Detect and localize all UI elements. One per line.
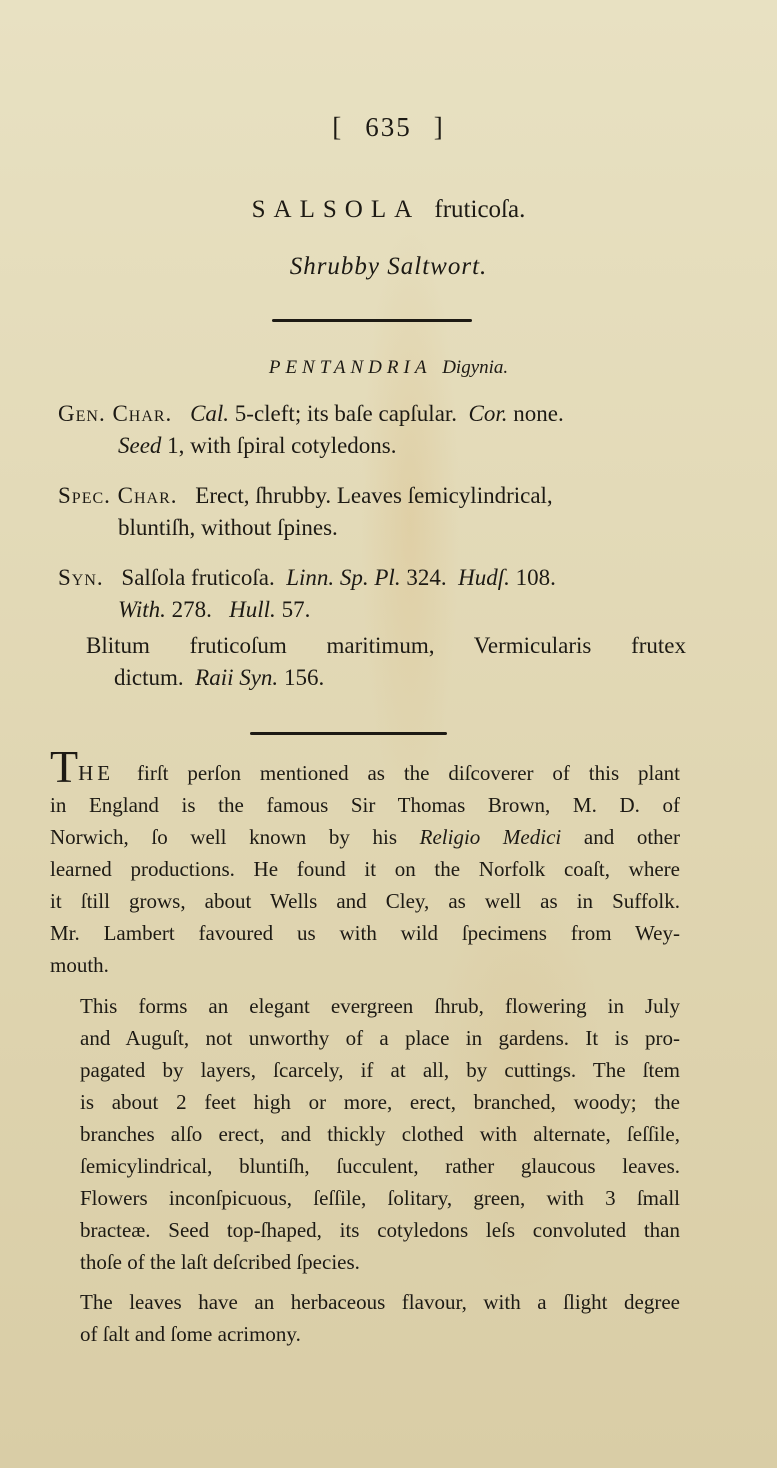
synonymy: Syn. Salſola fruticoſa. Linn. Sp. Pl. 32… [58,562,688,626]
bracket-close: ] [434,112,445,142]
ref-author: Hudſ. [458,565,510,590]
bracket-open: [ [332,112,343,142]
cal-text: 5-cleft; its baſe capſular. [235,401,457,426]
class-name: PENTANDRIA [269,357,432,378]
ref-number: 156. [284,665,324,690]
divider-rule [272,319,472,322]
drop-cap: T [50,741,78,792]
order-name: Digynia. [442,357,508,378]
synonym-entry: Blitum fruticoſum maritimum, Vermiculari… [86,630,686,694]
specific-character: Spec. Char. Erect, ſhrubby. Leaves ſemic… [58,480,688,544]
text-line: Flowers inconſpicuous, ſeſſile, ſolitary… [50,1182,680,1214]
text-span: and other [561,825,680,849]
text-line: thoſe of the laſt deſcribed ſpecies. [50,1246,680,1278]
spec-char-label: Spec. Char. [58,483,178,508]
ref-number: 57. [282,597,311,622]
linnaean-classification: PENTANDRIA Digynia. [0,357,777,379]
text-line: is about 2 feet high or more, erect, bra… [50,1086,680,1118]
text-line: in England is the famous Sir Thomas Brow… [50,789,680,821]
text-line: The leaves have an herbaceous flavour, w… [50,1286,680,1318]
species-epithet: fruticoſa. [434,196,525,223]
gen-char-label: Gen. Char. [58,401,172,426]
common-name: Shrubby Saltwort. [0,253,777,281]
seed-label: Seed [118,433,161,458]
ref-author: Linn. Sp. Pl. [286,565,400,590]
book-page: [635] SALSOLA fruticoſa. Shrubby Saltwor… [0,0,777,1468]
ref-author: Hull. [229,597,276,622]
cal-label: Cal. [190,401,229,426]
synonym-line-2: dictum. Raii Syn. 156. [86,665,324,690]
text-line: bracteæ. Seed top-ſhaped, its cotyledons… [50,1214,680,1246]
ref-number: 278. [172,597,212,622]
text-line: of ſalt and ſome acrimony. [50,1318,680,1350]
generic-character: Gen. Char. Cal. 5-cleft; its baſe capſul… [58,398,688,462]
seed-text: 1, with ſpiral cotyledons. [167,433,396,458]
paragraph-1: THE firſt perſon mentioned as the diſcov… [50,752,680,981]
synonym-text: dictum. [114,665,184,690]
text-line: branches alſo erect, and thickly clothed… [50,1118,680,1150]
page-number: [635] [0,112,777,143]
small-caps-lead: HE [78,761,114,785]
cor-text: none. [513,401,563,426]
paragraph-3: The leaves have an herbaceous flavour, w… [50,1286,680,1350]
spec-char-line-2: bluntiſh, without ſpines. [58,512,688,544]
ref-author: With. [118,597,166,622]
text-line: and Auguſt, not unworthy of a place in g… [50,1022,680,1054]
text-line: it ſtill grows, about Wells and Cley, as… [50,885,680,917]
text-line: learned productions. He found it on the … [50,853,680,885]
text-span: Norwich, ſo well known by his [50,825,420,849]
text-line: Mr. Lambert favoured us with wild ſpecim… [50,917,680,949]
book-title: Religio Medici [420,825,562,849]
text-line: This forms an elegant evergreen ſhrub, f… [50,990,680,1022]
ref-author: Raii Syn. [195,665,278,690]
page-number-value: 635 [365,112,412,142]
syn-name: Salſola fruticoſa. [121,565,274,590]
divider-rule [250,732,447,735]
text-line: firſt perſon mentioned as the diſcoverer… [137,761,680,785]
syn-label: Syn. [58,565,104,590]
text-line: mouth. [50,949,680,981]
text-line: Norwich, ſo well known by his Religio Me… [50,821,680,853]
species-title: SALSOLA fruticoſa. [0,196,777,224]
synonym-line-1: Blitum fruticoſum maritimum, Vermiculari… [86,630,686,662]
ref-number: 108. [516,565,556,590]
cor-label: Cor. [469,401,508,426]
ref-number: 324. [406,565,446,590]
paragraph-2: This forms an elegant evergreen ſhrub, f… [50,990,680,1278]
text-line: pagated by layers, ſcarcely, if at all, … [50,1054,680,1086]
text-line: ſemicylindrical, bluntiſh, ſucculent, ra… [50,1150,680,1182]
spec-char-line-1: Erect, ſhrubby. Leaves ſemicylindrical, [195,483,552,508]
genus-name: SALSOLA [252,196,421,223]
